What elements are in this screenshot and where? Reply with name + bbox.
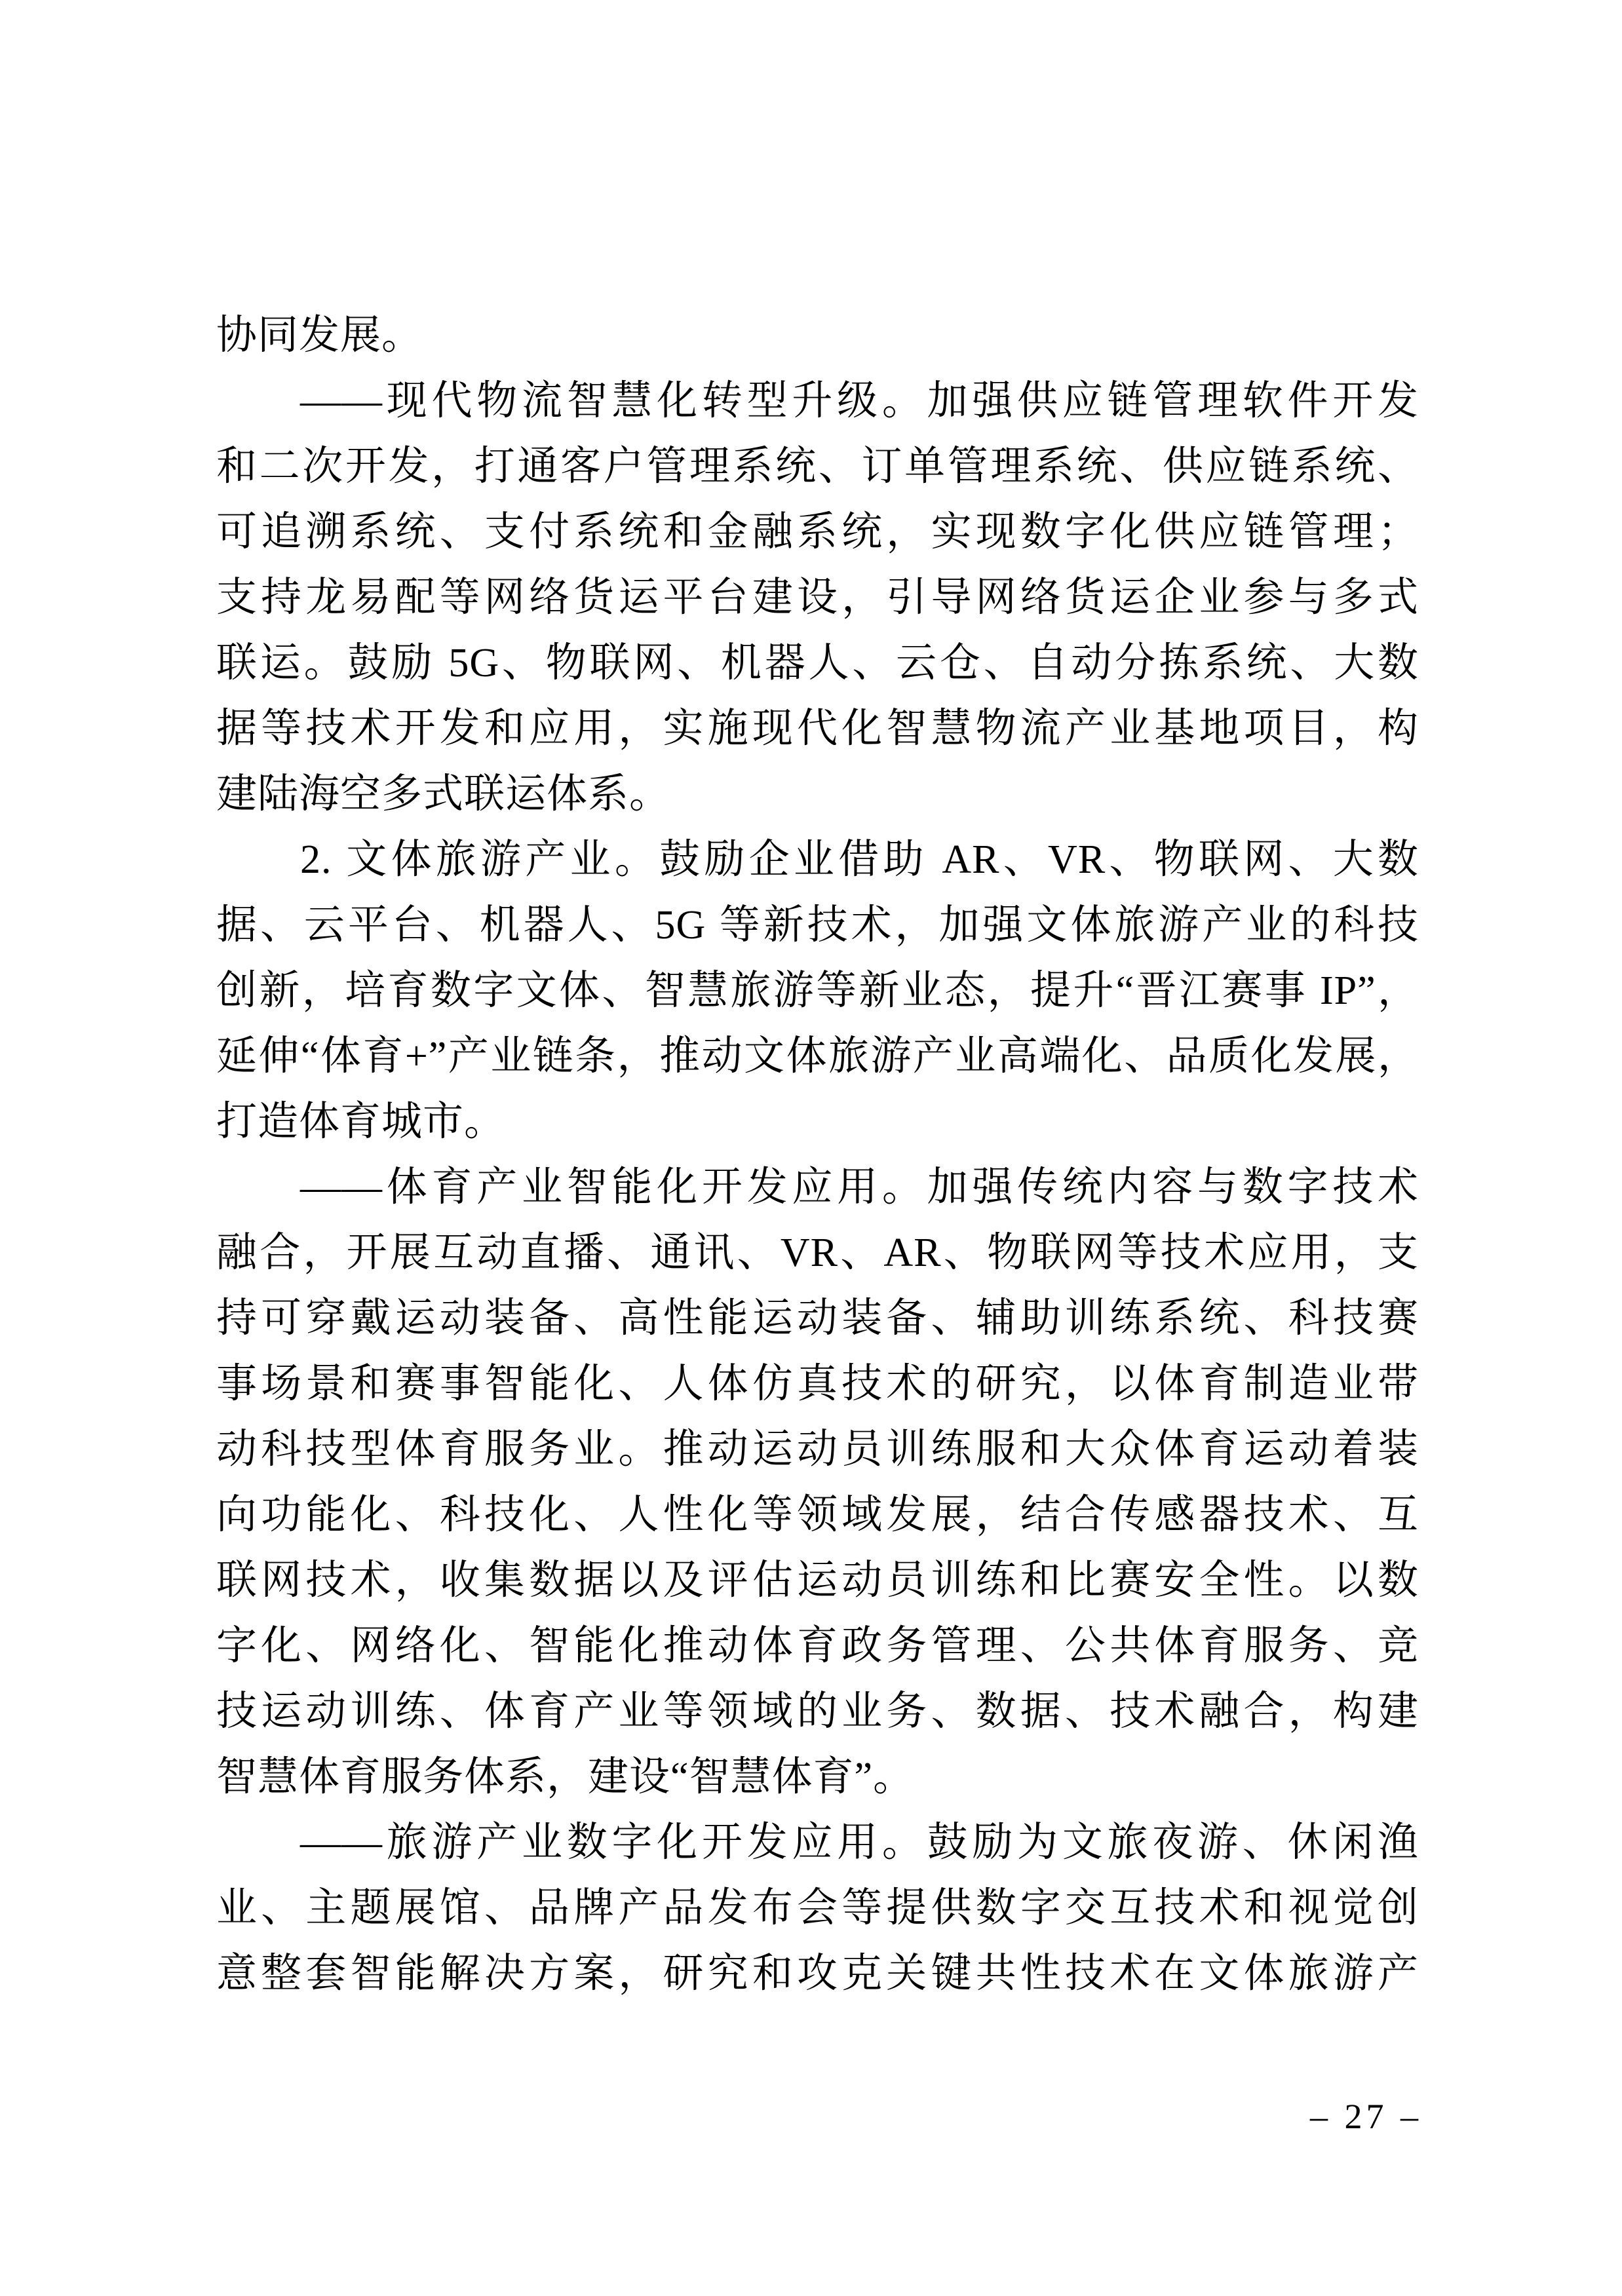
text-line: 支持龙易配等网络货运平台建设，引导网络货运企业参与多式 [216,565,1419,630]
text-line: 融合，开展互动直播、通讯、VR、AR、物联网等技术应用，支 [216,1220,1419,1286]
document-page: 协同发展。——现代物流智慧化转型升级。加强供应链管理软件开发和二次开发，打通客户… [0,0,1622,2296]
text-line: 延伸“体育+”产业链条，推动文体旅游产业高端化、品质化发展， [216,1024,1419,1089]
text-line: 打造体育城市。 [216,1089,1419,1155]
text-line: 据等技术开发和应用，实施现代化智慧物流产业基地项目，构 [216,696,1419,761]
text-line: 意整套智能解决方案，研究和攻克关键共性技术在文体旅游产 [216,1941,1419,2006]
text-line: 可追溯系统、支付系统和金融系统，实现数字化供应链管理； [216,499,1419,565]
text-line: 和二次开发，打通客户管理系统、订单管理系统、供应链系统、 [216,434,1419,499]
text-line: 技运动训练、体育产业等领域的业务、数据、技术融合，构建 [216,1679,1419,1744]
text-line: 联运。鼓励 5G、物联网、机器人、云仓、自动分拣系统、大数 [216,630,1419,696]
text-line: ——现代物流智慧化转型升级。加强供应链管理软件开发 [216,368,1419,434]
text-line: 向功能化、科技化、人性化等领域发展，结合传感器技术、互 [216,1482,1419,1548]
text-line: 持可穿戴运动装备、高性能运动装备、辅助训练系统、科技赛 [216,1286,1419,1351]
text-line: 创新，培育数字文体、智慧旅游等新业态，提升“晋江赛事 IP”， [216,958,1419,1024]
text-line: 联网技术，收集数据以及评估运动员训练和比赛安全性。以数 [216,1548,1419,1613]
text-line: 业、主题展馆、品牌产品发布会等提供数字交互技术和视觉创 [216,1875,1419,1941]
text-line: 智慧体育服务体系，建设“智慧体育”。 [216,1744,1419,1810]
text-line: 据、云平台、机器人、5G 等新技术，加强文体旅游产业的科技 [216,892,1419,958]
text-line: 字化、网络化、智能化推动体育政务管理、公共体育服务、竞 [216,1613,1419,1679]
text-line: 协同发展。 [216,303,1419,368]
text-line: ——旅游产业数字化开发应用。鼓励为文旅夜游、休闲渔 [216,1810,1419,1875]
page-footer: – 27 – [1310,2094,1422,2139]
text-line: 事场景和赛事智能化、人体仿真技术的研究，以体育制造业带 [216,1351,1419,1417]
document-body: 协同发展。——现代物流智慧化转型升级。加强供应链管理软件开发和二次开发，打通客户… [216,303,1419,2006]
text-line: ——体育产业智能化开发应用。加强传统内容与数字技术 [216,1155,1419,1220]
text-line: 建陆海空多式联运体系。 [216,761,1419,827]
text-line: 动科技型体育服务业。推动运动员训练服和大众体育运动着装 [216,1417,1419,1482]
text-line: 2. 文体旅游产业。鼓励企业借助 AR、VR、物联网、大数 [216,827,1419,892]
page-number: – 27 – [1310,2097,1422,2136]
